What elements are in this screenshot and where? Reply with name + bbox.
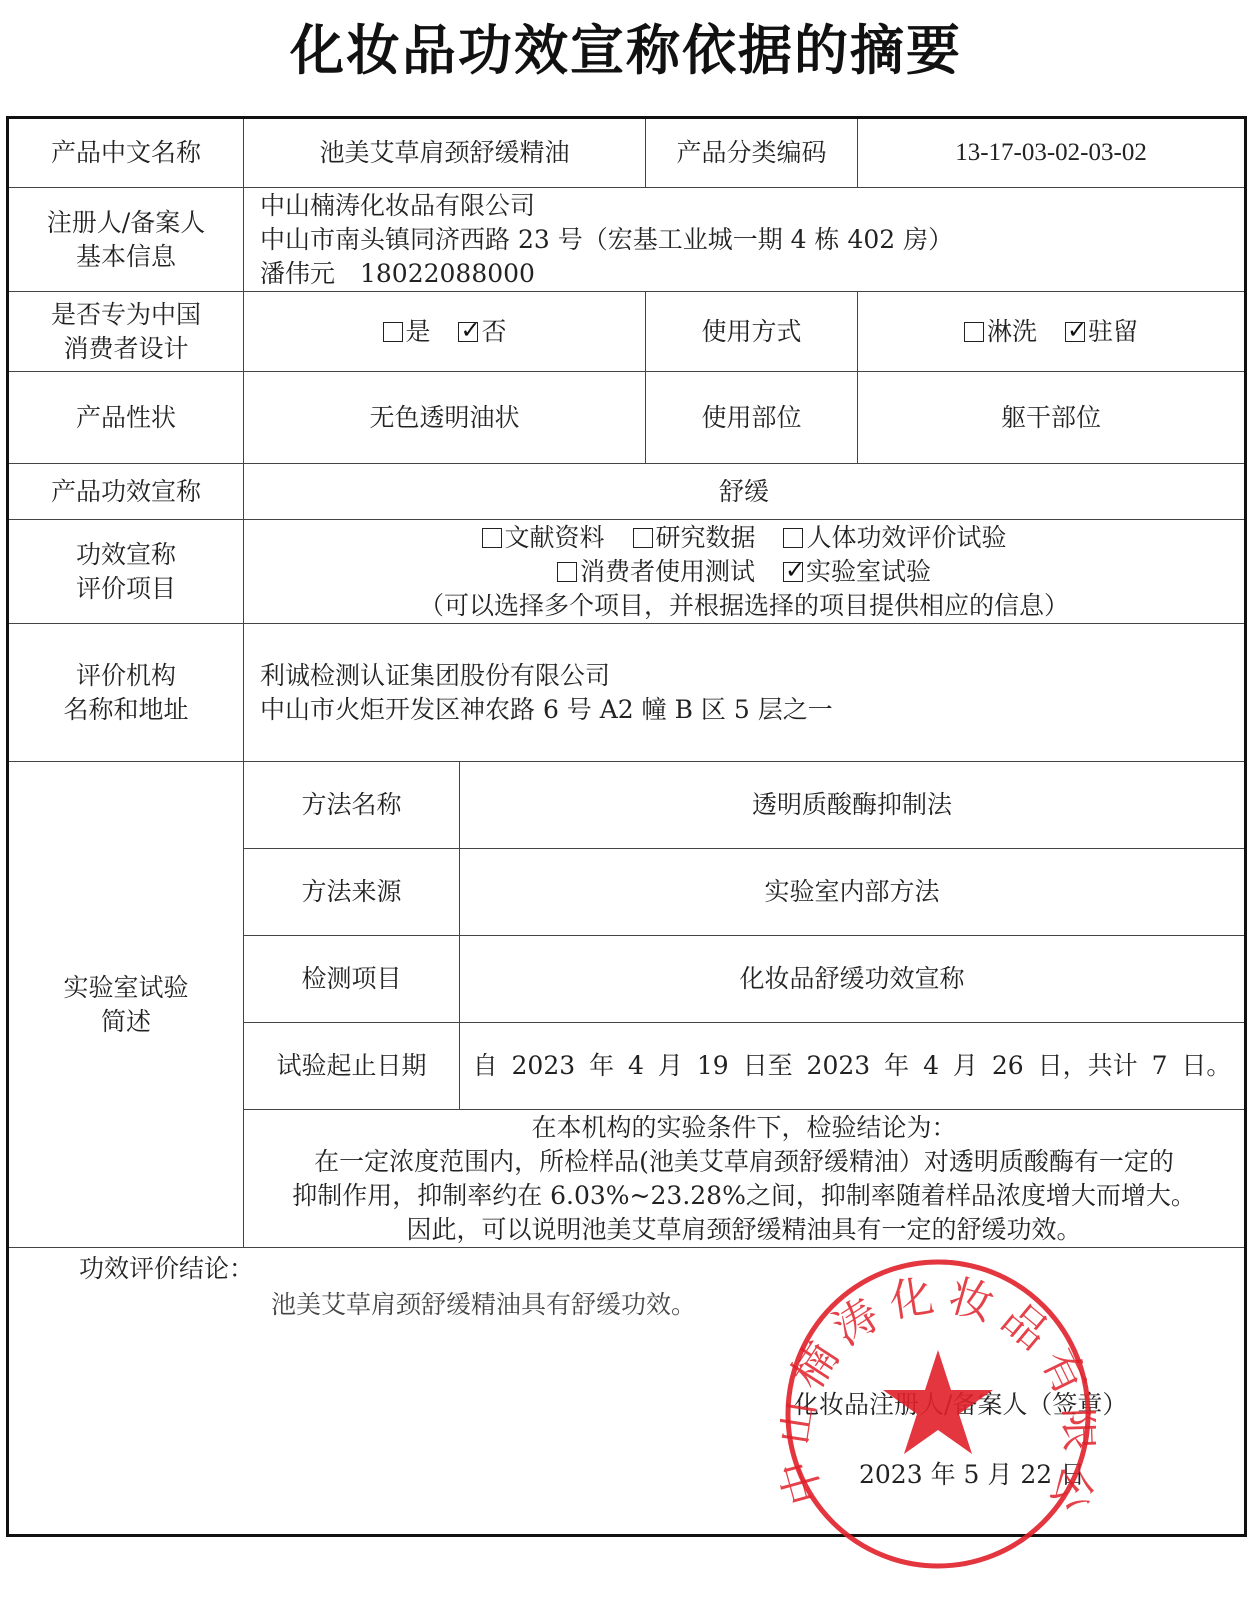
checkbox-unchecked-icon[interactable] (633, 528, 653, 548)
institution-address: 中山市火炬开发区神农路 6 号 A2 幢 B 区 5 层之一 (260, 693, 1244, 727)
checkbox-checked-icon[interactable] (1065, 322, 1085, 342)
method-source-label: 方法来源 (244, 849, 460, 936)
registrant-label: 注册人/备案人 基本信息 (8, 188, 244, 292)
china-design-label-line1: 是否专为中国 (9, 298, 243, 332)
checkbox-unchecked-icon[interactable] (383, 322, 403, 342)
test-item-value: 化妆品舒缓功效宣称 (460, 936, 1246, 1023)
evaluation-items-label-line2: 评价项目 (9, 572, 243, 606)
checkbox-unchecked-icon[interactable] (557, 562, 577, 582)
option-rinse-off[interactable]: 淋洗 (964, 317, 1037, 346)
summary-table: 产品中文名称 池美艾草肩颈舒缓精油 产品分类编码 13-17-03-02-03-… (6, 116, 1247, 1537)
option-human-trial-label: 人体功效评价试验 (806, 523, 1006, 552)
conclusion-line: 在本机构的实验条件下，检验结论为： (244, 1111, 1244, 1145)
test-item-label: 检测项目 (244, 936, 460, 1023)
conclusion-line: 抑制作用，抑制率约在 6.03%~23.28%之间，抑制率随着样品浓度增大而增大… (244, 1179, 1244, 1213)
option-leave-on[interactable]: 驻留 (1065, 317, 1138, 346)
method-name-value: 透明质酸酶抑制法 (460, 762, 1246, 849)
claim-label: 产品功效宣称 (8, 464, 244, 520)
institution-label-line2: 名称和地址 (9, 693, 243, 727)
evaluation-items-label-line1: 功效宣称 (9, 538, 243, 572)
checkbox-unchecked-icon[interactable] (964, 322, 984, 342)
option-lab-test[interactable]: 实验室试验 (783, 557, 931, 586)
evaluation-items-label: 功效宣称 评价项目 (8, 520, 244, 624)
final-conclusion-cell: 功效评价结论： 池美艾草肩颈舒缓精油具有舒缓功效。 化妆品注册人/备案人（签章）… (8, 1248, 1246, 1536)
property-label: 产品性状 (8, 372, 244, 464)
registrant-company: 中山楠涛化妆品有限公司 (260, 189, 1244, 223)
option-yes[interactable]: 是 (383, 317, 431, 346)
method-name-label: 方法名称 (244, 762, 460, 849)
option-lab-test-label: 实验室试验 (806, 557, 931, 586)
final-conclusion-text: 池美艾草肩颈舒缓精油具有舒缓功效。 (271, 1288, 696, 1322)
registrant-info: 中山楠涛化妆品有限公司 中山市南头镇同济西路 23 号（宏基工业城一期 4 栋 … (244, 188, 1246, 292)
checkbox-unchecked-icon[interactable] (482, 528, 502, 548)
checkbox-checked-icon[interactable] (458, 322, 478, 342)
option-research-data[interactable]: 研究数据 (633, 523, 756, 552)
china-design-options: 是 否 (244, 292, 646, 372)
signature-date: 2023 年 5 月 22 日 (859, 1458, 1085, 1492)
usage-site-value: 躯干部位 (858, 372, 1246, 464)
evaluation-items-note: （可以选择多个项目，并根据选择的项目提供相应的信息） (244, 589, 1244, 623)
option-human-trial[interactable]: 人体功效评价试验 (783, 523, 1006, 552)
test-period-value: 自 2023 年 4 月 19 日至 2023 年 4 月 26 日，共计 7 … (460, 1023, 1246, 1110)
registrant-contact: 潘伟元 18022088000 (260, 257, 1244, 291)
product-name-label: 产品中文名称 (8, 118, 244, 188)
institution-label-line1: 评价机构 (9, 659, 243, 693)
product-name-value: 池美艾草肩颈舒缓精油 (244, 118, 646, 188)
institution-label: 评价机构 名称和地址 (8, 624, 244, 762)
option-no[interactable]: 否 (458, 317, 506, 346)
option-rinse-off-label: 淋洗 (987, 317, 1037, 346)
claim-value: 舒缓 (244, 464, 1246, 520)
conclusion-line: 因此，可以说明池美艾草肩颈舒缓精油具有一定的舒缓功效。 (244, 1213, 1244, 1247)
conclusion-line: 在一定浓度范围内，所检样品(池美艾草肩颈舒缓精油）对透明质酸酶有一定的 (244, 1145, 1244, 1179)
option-consumer-test-label: 消费者使用测试 (580, 557, 755, 586)
product-code-label: 产品分类编码 (646, 118, 858, 188)
checkbox-unchecked-icon[interactable] (783, 528, 803, 548)
registrant-label-line2: 基本信息 (9, 240, 243, 274)
property-value: 无色透明油状 (244, 372, 646, 464)
registrant-address: 中山市南头镇同济西路 23 号（宏基工业城一期 4 栋 402 房） (260, 223, 1244, 257)
final-conclusion-heading: 功效评价结论： (79, 1252, 254, 1286)
usage-method-options: 淋洗 驻留 (858, 292, 1246, 372)
lab-test-label-line1: 实验室试验 (9, 971, 243, 1005)
option-literature-label: 文献资料 (505, 523, 605, 552)
option-research-data-label: 研究数据 (656, 523, 756, 552)
usage-site-label: 使用部位 (646, 372, 858, 464)
institution-name: 利诚检测认证集团股份有限公司 (260, 659, 1244, 693)
product-code-value: 13-17-03-02-03-02 (858, 118, 1246, 188)
document-title: 化妆品功效宣称依据的摘要 (0, 8, 1252, 85)
option-consumer-test[interactable]: 消费者使用测试 (557, 557, 755, 586)
option-literature[interactable]: 文献资料 (482, 523, 605, 552)
usage-method-label: 使用方式 (646, 292, 858, 372)
option-no-label: 否 (481, 317, 506, 346)
signature-label: 化妆品注册人/备案人（签章） (794, 1388, 1127, 1422)
institution-info: 利诚检测认证集团股份有限公司 中山市火炬开发区神农路 6 号 A2 幢 B 区 … (244, 624, 1246, 762)
registrant-label-line1: 注册人/备案人 (9, 206, 243, 240)
option-leave-on-label: 驻留 (1088, 317, 1138, 346)
option-yes-label: 是 (406, 317, 431, 346)
lab-test-conclusion: 在本机构的实验条件下，检验结论为： 在一定浓度范围内，所检样品(池美艾草肩颈舒缓… (244, 1110, 1246, 1248)
test-period-label: 试验起止日期 (244, 1023, 460, 1110)
lab-test-label-line2: 简述 (9, 1005, 243, 1039)
china-design-label-line2: 消费者设计 (9, 332, 243, 366)
china-design-label: 是否专为中国 消费者设计 (8, 292, 244, 372)
lab-test-label: 实验室试验 简述 (8, 762, 244, 1248)
checkbox-checked-icon[interactable] (783, 562, 803, 582)
method-source-value: 实验室内部方法 (460, 849, 1246, 936)
evaluation-items-options: 文献资料 研究数据 人体功效评价试验 消费者使用测试 实验室试验 （可以选择多个… (244, 520, 1246, 624)
